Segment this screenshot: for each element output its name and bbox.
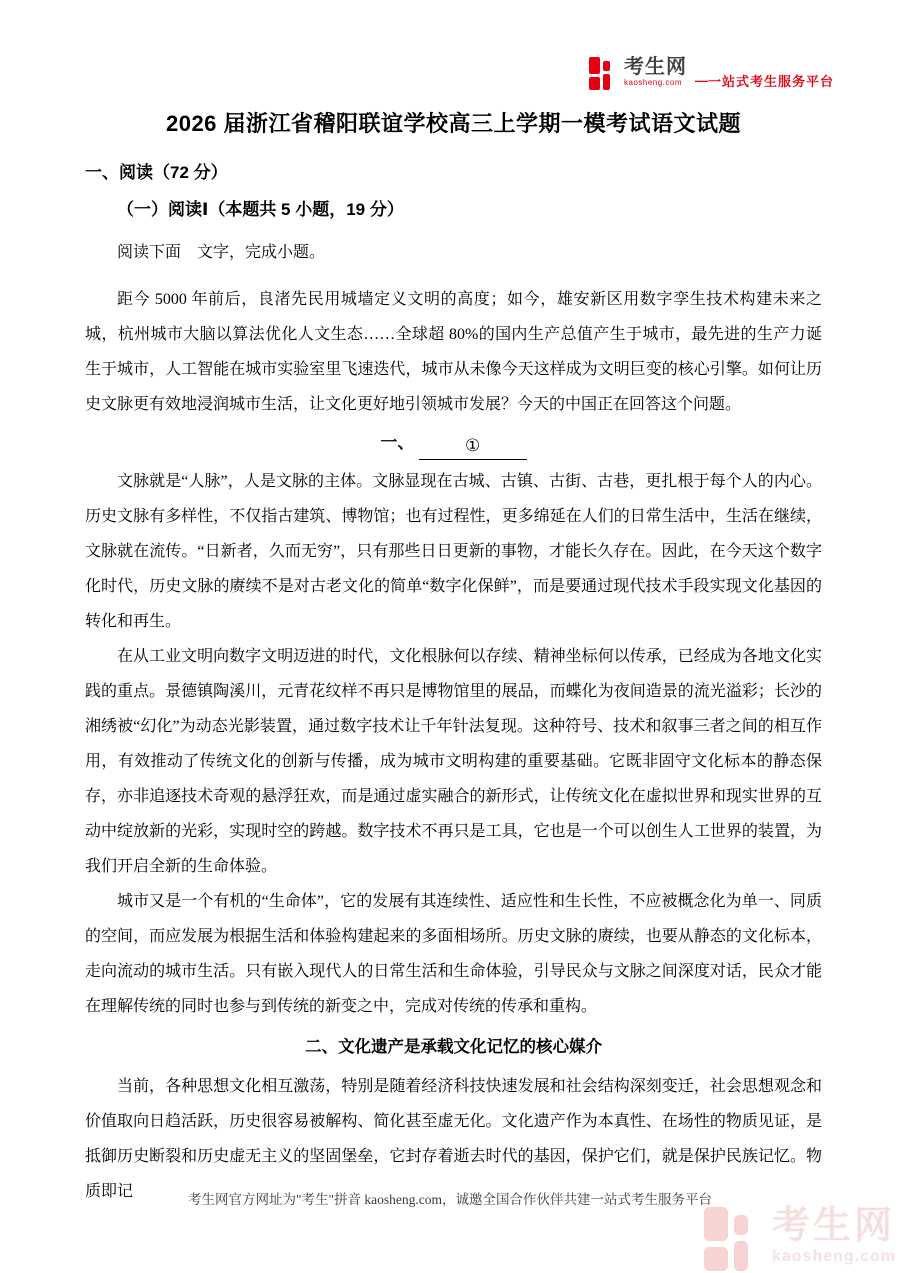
logo-block: [603, 74, 610, 90]
kaosheng-logo-icon: [589, 57, 616, 90]
brand-domain: kaosheng.com: [624, 79, 687, 87]
section-heading-reading1: （一）阅读Ⅰ（本题共 5 小题，19 分）: [85, 198, 822, 222]
exam-paper-page: 考生网 kaosheng.com — 一站式考生服务平台 2026 届浙江省稽阳…: [0, 0, 900, 1273]
kaosheng-watermark-icon: [704, 1207, 762, 1271]
logo-block: [734, 1215, 748, 1235]
slogan-dash: —: [695, 73, 708, 88]
passage-paragraph: 在从工业文明向数字文明迈进的时代，文化根脉何以存续、精神坐标何以传承，已经成为各…: [85, 639, 822, 884]
passage-subtitle-2: 二、文化遗产是承载文化记忆的核心媒介: [85, 1035, 822, 1059]
passage-subtitle-1: 一、 ①: [85, 425, 822, 460]
brand-name: 考生网: [624, 57, 687, 77]
brand-slogan-wrap: — 一站式考生服务平台: [695, 71, 834, 90]
passage-paragraph: 城市又是一个有机的“生命体”，它的发展有其连续性、适应性和生长性，不应被概念化为…: [85, 884, 822, 1024]
reading-instruction: 阅读下面 文字，完成小题。: [85, 241, 822, 265]
subtitle-1-label: 一、: [380, 433, 414, 452]
circled-number-1: ①: [465, 436, 480, 455]
document-body: 2026 届浙江省稽阳联谊学校高三上学期一模考试语文试题 一、阅读（72 分） …: [85, 108, 822, 1209]
brand-name-stack: 考生网 kaosheng.com: [624, 57, 687, 87]
brand-slogan: 一站式考生服务平台: [708, 71, 834, 90]
logo-block: [704, 1207, 728, 1241]
watermark-brand-name: 考生网: [772, 1207, 896, 1245]
logo-block: [589, 77, 600, 90]
logo-block: [603, 61, 610, 71]
watermark-brand-domain: kaosheng.com: [772, 1249, 896, 1265]
passage-intro-paragraph: 距今 5000 年前后，良渚先民用城墙定义文明的高度；如今，雄安新区用数字孪生技…: [85, 282, 822, 422]
page-title: 2026 届浙江省稽阳联谊学校高三上学期一模考试语文试题: [85, 108, 822, 140]
fill-in-blank-underline: ①: [419, 433, 527, 460]
passage-paragraph: 文脉就是“人脉”，人是文脉的主体。文脉显现在古城、古镇、古街、古巷，更扎根于每个…: [85, 464, 822, 639]
logo-block: [589, 57, 600, 74]
logo-block: [704, 1247, 728, 1271]
kaosheng-watermark: 考生网 kaosheng.com: [704, 1207, 896, 1271]
section-heading-part1: 一、阅读（72 分）: [85, 161, 822, 185]
watermark-text-stack: 考生网 kaosheng.com: [772, 1207, 896, 1265]
footer-note: 考生网官方网址为"考生"拼音 kaosheng.com，诚邀全国合作伙伴共建一站…: [0, 1188, 900, 1208]
kaosheng-header-logo: 考生网 kaosheng.com — 一站式考生服务平台: [589, 57, 834, 90]
logo-block: [734, 1241, 748, 1271]
